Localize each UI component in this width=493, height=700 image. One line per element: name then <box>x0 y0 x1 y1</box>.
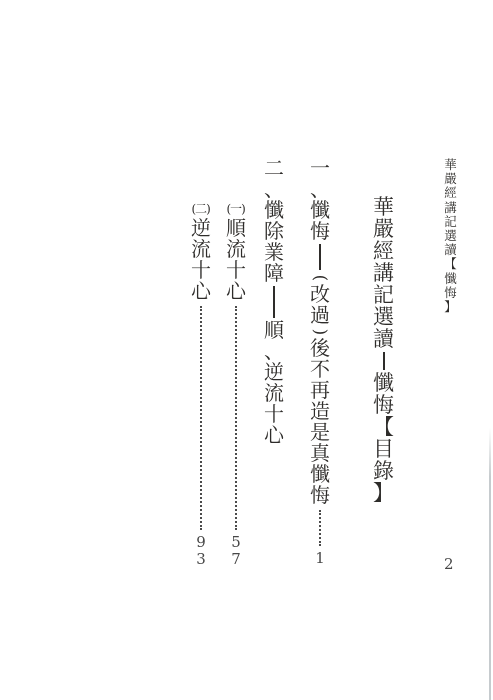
glyph: 流 <box>190 239 212 260</box>
glyph: 造 <box>309 401 331 422</box>
glyph: 順 <box>263 320 285 341</box>
glyph: 懺 <box>309 464 331 485</box>
glyph: 逆 <box>190 218 212 239</box>
glyph: 業 <box>263 242 285 263</box>
glyph: 十 <box>225 260 247 281</box>
glyph: 除 <box>263 221 285 242</box>
glyph: 真 <box>309 443 331 464</box>
toc-title: 華嚴經講記選讀懺悔【目錄】 <box>372 196 395 504</box>
glyph: 流 <box>263 383 285 404</box>
glyph: 目 <box>372 438 395 460</box>
page-ref-digit: 7 <box>231 551 241 568</box>
glyph: 不 <box>309 359 331 380</box>
glyph: 嚴 <box>443 172 458 186</box>
glyph: 二 <box>263 158 285 179</box>
glyph: 選 <box>443 229 458 243</box>
rotated-paren: ) <box>314 321 326 343</box>
page-ref-digit: 9 <box>196 534 206 551</box>
glyph: 經 <box>372 240 395 262</box>
glyph: 懺 <box>443 272 458 286</box>
glyph: 讀 <box>372 328 395 350</box>
glyph: 講 <box>443 201 458 215</box>
glyph: 華 <box>372 196 395 218</box>
glyph: 悔 <box>309 485 331 506</box>
glyph: 懺 <box>309 200 331 221</box>
glyph: 嚴 <box>372 218 395 240</box>
toc-entry-2: 二、懺除業障順、逆流十心 <box>263 158 285 446</box>
glyph: 是 <box>309 422 331 443</box>
dash-rule <box>383 352 385 370</box>
glyph: 懺 <box>263 200 285 221</box>
glyph: 、 <box>309 179 331 200</box>
page-ref-digit: 1 <box>315 550 325 567</box>
glyph: 記 <box>443 215 458 229</box>
glyph: 】 <box>372 482 395 504</box>
glyph: 】 <box>443 300 458 314</box>
glyph: 十 <box>263 404 285 425</box>
glyph: 悔 <box>309 221 331 242</box>
dot-leader <box>200 306 202 530</box>
dot-leader <box>319 510 321 546</box>
glyph: 心 <box>190 281 212 302</box>
toc-entry-4: (二)逆流十心93 <box>190 200 212 568</box>
glyph: 逆 <box>263 362 285 383</box>
dash-rule <box>273 286 275 318</box>
page-number: 2 <box>444 556 454 573</box>
glyph: 、 <box>263 179 285 200</box>
glyph: 錄 <box>372 460 395 482</box>
glyph: 華 <box>443 158 458 172</box>
glyph: 【 <box>372 416 395 438</box>
glyph: 選 <box>372 306 395 328</box>
glyph: 一 <box>309 158 331 179</box>
glyph: 順 <box>225 218 247 239</box>
glyph: 悔 <box>443 286 458 300</box>
rotated-paren: ( <box>314 267 326 289</box>
glyph: 講 <box>372 262 395 284</box>
glyph: 【 <box>443 257 458 271</box>
compact-numeral: (二) <box>192 200 210 218</box>
glyph: 悔 <box>372 394 395 416</box>
glyph: 心 <box>263 425 285 446</box>
glyph: 流 <box>225 239 247 260</box>
glyph: 經 <box>443 186 458 200</box>
glyph: 記 <box>372 284 395 306</box>
glyph: 心 <box>225 281 247 302</box>
compact-numeral: (一) <box>227 200 245 218</box>
dot-leader <box>235 306 237 530</box>
scanned-page: 華嚴經講記選讀【懺悔】 華嚴經講記選讀懺悔【目錄】 一、懺悔(改過)後不再造是真… <box>0 0 493 700</box>
page-ref-digit: 3 <box>196 551 206 568</box>
scan-edge-line <box>489 428 491 700</box>
glyph: 十 <box>190 260 212 281</box>
running-header: 華嚴經講記選讀【懺悔】 <box>443 158 458 314</box>
glyph: 懺 <box>372 372 395 394</box>
glyph: 、 <box>263 341 285 362</box>
glyph: 讀 <box>443 243 458 257</box>
glyph: 再 <box>309 380 331 401</box>
toc-entry-3: (一)順流十心57 <box>225 200 247 568</box>
toc-entry-1: 一、懺悔(改過)後不再造是真懺悔1 <box>309 158 331 567</box>
page-ref-digit: 5 <box>231 534 241 551</box>
glyph: 障 <box>263 263 285 284</box>
